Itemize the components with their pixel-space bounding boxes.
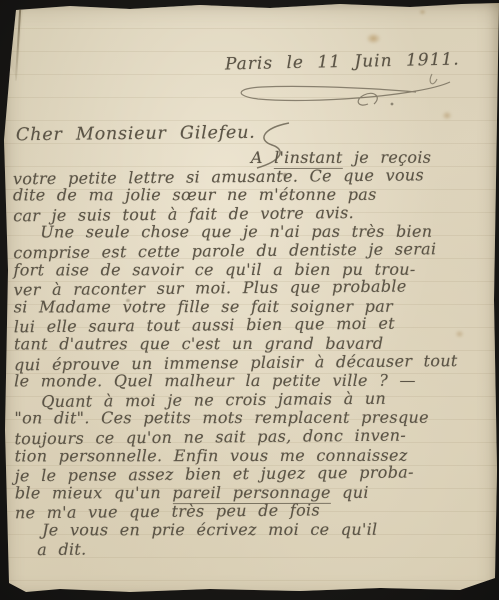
letter-line: le monde. Quel malheur la petite ville ?… [14, 372, 492, 391]
letter-body: A l'instant je reçois votre petite lettr… [13, 148, 493, 560]
stain-spot [442, 111, 452, 120]
stain-spot [366, 33, 381, 44]
letter-line: a dit. [15, 537, 493, 560]
photo-backdrop: Paris le 11 Juin 1911. Cher Monsieur Gil… [0, 0, 499, 600]
line-text: A [251, 148, 274, 167]
line-text: ble mieux qu'un [15, 483, 173, 502]
letter-line: dite de ma jolie sœur ne m'étonne pas [13, 186, 491, 205]
letter-paper: Paris le 11 Juin 1911. Cher Monsieur Gil… [0, 0, 499, 600]
line-text: je reçois [343, 148, 432, 167]
stain-spot [419, 9, 426, 15]
salutation: Cher Monsieur Gilefeu. [16, 123, 256, 146]
line-text: qui [331, 482, 369, 501]
